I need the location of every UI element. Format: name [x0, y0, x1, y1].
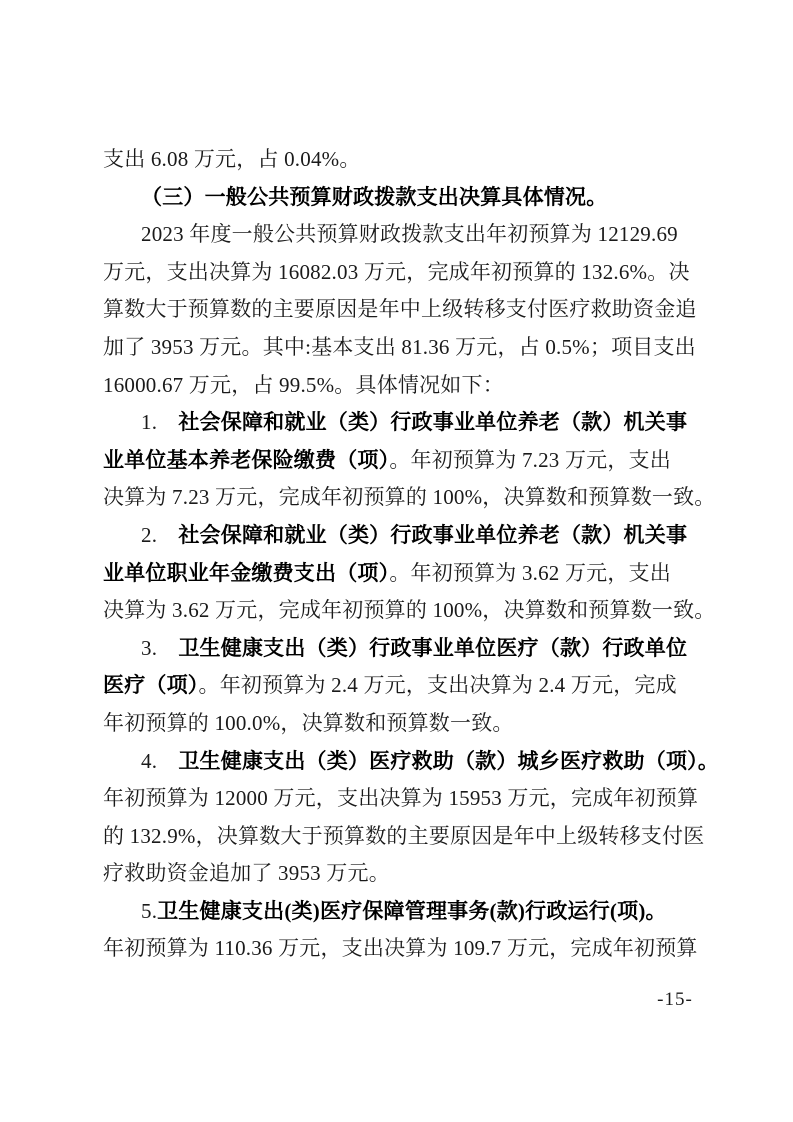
- bold-text-segment: 卫生健康支出（类）医疗救助（款）城乡医疗救助（项）。: [178, 749, 719, 773]
- text-segment: 3.: [141, 636, 178, 660]
- text-line: 4. 卫生健康支出（类）医疗救助（款）城乡医疗救助（项）。: [103, 743, 703, 781]
- text-line: 1. 社会保障和就业（类）行政事业单位养老（款）机关事: [103, 404, 703, 442]
- text-segment: 。年初预算为 2.4 万元，支出决算为 2.4 万元，完成: [199, 673, 677, 697]
- text-line: 年初预算的 100.0%，决算数和预算数一致。: [103, 705, 703, 743]
- text-line: 算数大于预算数的主要原因是年中上级转移支付医疗救助资金追: [103, 291, 703, 329]
- text-line: 医疗（项）。年初预算为 2.4 万元，支出决算为 2.4 万元，完成: [103, 667, 703, 705]
- text-segment: 16000.67 万元，占 99.5%。具体情况如下：: [103, 373, 504, 397]
- text-segment: 2.: [141, 523, 178, 547]
- text-segment: 。年初预算为 3.62 万元，支出: [389, 561, 671, 585]
- text-line: 万元，支出决算为 16082.03 万元，完成年初预算的 132.6%。决: [103, 254, 703, 292]
- text-segment: 支出 6.08 万元，占 0.04%。: [103, 147, 361, 171]
- text-segment: 加了 3953 万元。其中:基本支出 81.36 万元，占 0.5%；项目支出: [103, 335, 696, 359]
- bold-text-segment: 卫生健康支出(类)医疗保障管理事务(款)行政运行(项)。: [157, 899, 667, 923]
- text-line: 决算为 3.62 万元，完成年初预算的 100%，决算数和预算数一致。: [103, 592, 703, 630]
- text-line: 加了 3953 万元。其中:基本支出 81.36 万元，占 0.5%；项目支出: [103, 329, 703, 367]
- text-segment: 的 132.9%，决算数大于预算数的主要原因是年中上级转移支付医: [103, 824, 704, 848]
- text-line: 的 132.9%，决算数大于预算数的主要原因是年中上级转移支付医: [103, 818, 703, 856]
- bold-text-segment: 社会保障和就业（类）行政事业单位养老（款）机关事: [178, 523, 687, 547]
- text-block: 支出 6.08 万元，占 0.04%。（三）一般公共预算财政拨款支出决算具体情况…: [103, 141, 703, 968]
- bold-text-segment: （三）一般公共预算财政拨款支出决算具体情况。: [141, 185, 607, 209]
- bold-text-segment: 卫生健康支出（类）行政事业单位医疗（款）行政单位: [178, 636, 687, 660]
- text-line: 年初预算为 12000 万元，支出决算为 15953 万元，完成年初预算: [103, 780, 703, 818]
- text-line: 支出 6.08 万元，占 0.04%。: [103, 141, 703, 179]
- text-line: 决算为 7.23 万元，完成年初预算的 100%，决算数和预算数一致。: [103, 479, 703, 517]
- text-line: 2. 社会保障和就业（类）行政事业单位养老（款）机关事: [103, 517, 703, 555]
- text-line: 业单位职业年金缴费支出（项）。年初预算为 3.62 万元，支出: [103, 555, 703, 593]
- bold-text-segment: 社会保障和就业（类）行政事业单位养老（款）机关事: [178, 410, 687, 434]
- text-segment: 决算为 7.23 万元，完成年初预算的 100%，决算数和预算数一致。: [103, 485, 716, 509]
- text-segment: 年初预算的 100.0%，决算数和预算数一致。: [103, 711, 514, 735]
- text-segment: 5.: [141, 899, 157, 923]
- text-line: 2023 年度一般公共预算财政拨款支出年初预算为 12129.69: [103, 216, 703, 254]
- text-segment: 万元，支出决算为 16082.03 万元，完成年初预算的 132.6%。决: [103, 260, 690, 284]
- text-segment: 1.: [141, 410, 178, 434]
- text-segment: 年初预算为 110.36 万元，支出决算为 109.7 万元，完成年初预算: [103, 936, 698, 960]
- text-segment: 2023 年度一般公共预算财政拨款支出年初预算为 12129.69: [141, 222, 678, 246]
- bold-text-segment: 医疗（项）: [103, 673, 199, 697]
- text-segment: 。年初预算为 7.23 万元，支出: [389, 448, 671, 472]
- text-line: 3. 卫生健康支出（类）行政事业单位医疗（款）行政单位: [103, 630, 703, 668]
- text-segment: 年初预算为 12000 万元，支出决算为 15953 万元，完成年初预算: [103, 786, 698, 810]
- bold-text-segment: 业单位基本养老保险缴费（项）: [103, 448, 389, 472]
- text-segment: 4.: [141, 749, 178, 773]
- text-segment: 算数大于预算数的主要原因是年中上级转移支付医疗救助资金追: [103, 297, 697, 321]
- text-segment: 疗救助资金追加了 3953 万元。: [103, 861, 390, 885]
- text-line: 业单位基本养老保险缴费（项）。年初预算为 7.23 万元，支出: [103, 442, 703, 480]
- page-number: -15-: [638, 989, 712, 1011]
- text-line: 16000.67 万元，占 99.5%。具体情况如下：: [103, 367, 703, 405]
- bold-text-segment: 业单位职业年金缴费支出（项）: [103, 561, 389, 585]
- text-line: 疗救助资金追加了 3953 万元。: [103, 855, 703, 893]
- document-page: 支出 6.08 万元，占 0.04%。（三）一般公共预算财政拨款支出决算具体情况…: [0, 0, 793, 1122]
- text-segment: 决算为 3.62 万元，完成年初预算的 100%，决算数和预算数一致。: [103, 598, 716, 622]
- text-line: 5.卫生健康支出(类)医疗保障管理事务(款)行政运行(项)。: [103, 893, 703, 931]
- text-line: 年初预算为 110.36 万元，支出决算为 109.7 万元，完成年初预算: [103, 930, 703, 968]
- text-line: （三）一般公共预算财政拨款支出决算具体情况。: [103, 179, 703, 217]
